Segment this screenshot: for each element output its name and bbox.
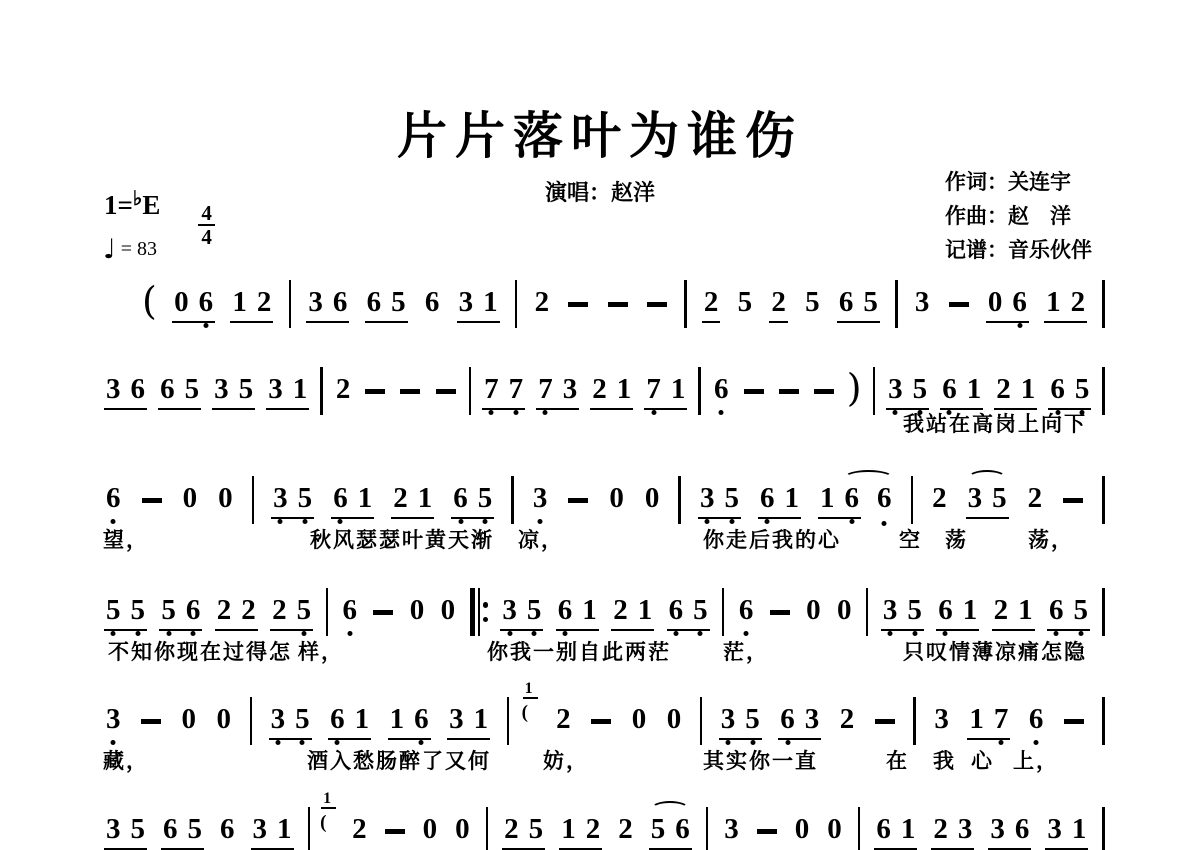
barline (515, 280, 518, 328)
note: 6 (330, 704, 345, 735)
note: 2 (241, 595, 256, 626)
dash-line (142, 498, 162, 503)
note-number: 1 (355, 703, 370, 735)
note: 6 (220, 814, 235, 845)
note-number: 2 (932, 482, 947, 514)
barline (469, 367, 472, 415)
dash-line (814, 389, 834, 394)
barline (511, 476, 514, 524)
note-number: 1 (358, 482, 373, 514)
note: 3 (214, 374, 229, 405)
note-number: 6 (425, 286, 440, 318)
note: 3 (268, 374, 283, 405)
note-group: 22 (215, 595, 258, 631)
dash-line (141, 719, 161, 724)
note: 1 (638, 595, 653, 626)
barline (250, 697, 253, 745)
note-number: 3 (934, 703, 949, 735)
note: 1 (785, 483, 800, 514)
 (483, 602, 489, 622)
note-group: 55 (104, 595, 147, 631)
note-group (383, 814, 407, 837)
note-number: 1 (561, 813, 576, 845)
note (770, 595, 790, 615)
note-number: 6 (131, 373, 146, 405)
note: 3 (700, 483, 715, 514)
repeat-start-barline (470, 588, 489, 636)
note: 1 (355, 704, 370, 735)
note-group: 0 (793, 814, 812, 848)
lyric: 上， (1013, 745, 1059, 775)
sheet-music-page: 片片落叶为谁伤 演唱：赵洋 作词：关连宇 作曲：赵 洋 记谱：音乐伙伴 1=♭E… (0, 0, 1200, 850)
phrase-close-paren: ) (847, 370, 862, 406)
note (568, 483, 588, 503)
note-number: 3 (724, 813, 739, 845)
note-group: 06 (986, 287, 1029, 323)
barline (289, 280, 292, 328)
low-octave-dot-icon (698, 631, 703, 636)
note: 1 (1018, 595, 1033, 626)
note-group: 2 (334, 374, 353, 408)
note-number: 2 (933, 813, 948, 845)
lyric: 荡 (945, 524, 968, 554)
note: 1 (232, 287, 247, 318)
note: 5 (297, 595, 312, 626)
dash-line (608, 302, 628, 307)
note-group: 65 (1047, 595, 1090, 631)
music-line-6: 35656311(200251225630061233631 (104, 814, 1105, 850)
note: 7 (484, 374, 499, 405)
phrase-open-paren: ( (142, 283, 157, 319)
note-group: 3 (722, 814, 741, 848)
note-group: 0 (421, 814, 440, 848)
note: 0 (632, 704, 647, 735)
note (365, 374, 385, 394)
note-number: 1 (617, 373, 632, 405)
note-number: 5 (188, 813, 203, 845)
note: 5 (1073, 595, 1088, 626)
note: 6 (453, 483, 468, 514)
note-number: 6 (1049, 594, 1064, 626)
note-group: 0 (665, 704, 684, 738)
note: 1 (901, 814, 916, 845)
song-title: 片片落叶为谁伤 (0, 96, 1200, 168)
note: 2 (996, 374, 1011, 405)
note (373, 595, 393, 615)
note-number: 0 (837, 594, 852, 626)
note-group (947, 287, 971, 310)
note-group: 61 (758, 483, 801, 519)
note: 6 (1050, 374, 1065, 405)
note-number: 3 (308, 286, 323, 318)
note-number: 6 (760, 482, 775, 514)
dash-line (365, 389, 385, 394)
note-number: 5 (863, 286, 878, 318)
note: 1 (483, 287, 498, 318)
note-group (606, 287, 630, 310)
note-group: 35 (212, 374, 255, 410)
note-group: 0 (804, 595, 823, 629)
note-number: 5 (907, 594, 922, 626)
note: 6 (669, 595, 684, 626)
barline (1102, 807, 1105, 850)
note-number: 6 (1012, 286, 1027, 318)
lyric: 空 (899, 524, 922, 554)
note-group: 65 (837, 287, 880, 323)
note: 5 (298, 483, 313, 514)
note-number: 3 (253, 813, 268, 845)
note-group: 6 (1027, 704, 1046, 738)
barline (1102, 697, 1105, 745)
note: 0 (988, 287, 1003, 318)
note-number: 6 (186, 594, 201, 626)
note-number: 5 (724, 482, 739, 514)
note-group: 35 (719, 704, 762, 740)
note-number: 2 (352, 813, 367, 845)
note-number: 0 (632, 703, 647, 735)
note-group: 2 (702, 287, 721, 323)
note-number: 3 (271, 703, 286, 735)
note: 6 (760, 483, 775, 514)
note-number: 0 (645, 482, 660, 514)
note-number: 0 (218, 482, 233, 514)
dash-line (568, 498, 588, 503)
lyric: 心 (971, 745, 994, 775)
note-number: 0 (609, 482, 624, 514)
note-group: 0 (439, 595, 458, 629)
note: 1 (418, 483, 433, 514)
note: 3 (805, 704, 820, 735)
meter-numerator: 4 (198, 203, 215, 226)
low-octave-dot-icon (543, 410, 548, 415)
note-number: 2 (241, 594, 256, 626)
note (647, 287, 667, 307)
note-group: 0 (453, 814, 472, 848)
barline (706, 807, 709, 850)
note-number: 5 (913, 373, 928, 405)
low-octave-dot-icon (300, 740, 305, 745)
note-group: 0 (643, 483, 662, 517)
note-group (363, 374, 387, 397)
note: 2 (613, 595, 628, 626)
note: 1 (963, 595, 978, 626)
note: 3 (958, 814, 973, 845)
note-number: 1 (418, 482, 433, 514)
tempo-marking: ♩ = 83 (103, 234, 157, 265)
note: 0 (410, 595, 425, 626)
note-number: 6 (780, 703, 795, 735)
note (1063, 483, 1083, 503)
note-number: 5 (992, 482, 1007, 514)
music-line-3: 6003561216530035611662352 (104, 483, 1105, 519)
note: 0 (183, 483, 198, 514)
note-group: 2 (930, 483, 949, 517)
note: 7 (538, 374, 553, 405)
note-number: 7 (484, 373, 499, 405)
note: 0 (174, 287, 189, 318)
note-number: 6 (877, 482, 892, 514)
note-number: 2 (1071, 286, 1086, 318)
note-number: 0 (423, 813, 438, 845)
note: 6 (160, 374, 175, 405)
barline (252, 476, 255, 524)
low-octave-dot-icon (203, 323, 208, 328)
note: 0 (182, 704, 197, 735)
low-octave-dot-icon (651, 410, 656, 415)
dash-line (373, 610, 393, 615)
note-group (742, 374, 766, 397)
barline (895, 280, 898, 328)
note: 5 (239, 374, 254, 405)
note-number: 1 (474, 703, 489, 735)
note: 0 (441, 595, 456, 626)
note-number: 6 (330, 703, 345, 735)
barline (858, 807, 861, 850)
note: 5 (131, 814, 146, 845)
note-number: 5 (185, 373, 200, 405)
note-group: 6 (423, 287, 442, 321)
note: 2 (1028, 483, 1043, 514)
note: 2 (272, 595, 287, 626)
note-group: 35 (881, 595, 924, 631)
note-number: 1 (638, 594, 653, 626)
note-number: 3 (459, 286, 474, 318)
note (385, 814, 405, 834)
note-group: 35 (269, 704, 312, 740)
note-number: 6 (342, 594, 357, 626)
 (470, 588, 475, 636)
note-number: 6 (675, 813, 690, 845)
note-number: 5 (527, 594, 542, 626)
note: 6 (333, 483, 348, 514)
note-number: 2 (994, 594, 1009, 626)
note: 5 (185, 374, 200, 405)
note (141, 704, 161, 724)
note: 5 (106, 595, 121, 626)
barline (684, 280, 687, 328)
note-number: 2 (996, 373, 1011, 405)
low-octave-dot-icon (513, 410, 518, 415)
note: 7 (509, 374, 524, 405)
note-group: 6 (218, 814, 237, 848)
note: 2 (352, 814, 367, 845)
note: 5 (863, 287, 878, 318)
note: 0 (645, 483, 660, 514)
note-group: 21 (994, 374, 1037, 410)
note: 5 (295, 704, 310, 735)
note-number: 5 (297, 594, 312, 626)
note: 6 (1049, 595, 1064, 626)
note-number: 3 (1047, 813, 1062, 845)
note-number: 2 (217, 594, 232, 626)
note-group (589, 704, 613, 727)
note-group: 61 (328, 704, 371, 740)
note-number: 3 (990, 813, 1005, 845)
music-line-5: 300356116311(200356323176 (104, 704, 1105, 740)
barline (507, 697, 510, 745)
lyric: 样， (298, 636, 344, 666)
note: 1 (582, 595, 597, 626)
note-group: 35 (500, 595, 543, 631)
note-number: 1 (901, 813, 916, 845)
note-group: 5 (736, 287, 755, 321)
note-group (768, 595, 792, 618)
note-number: 6 (558, 594, 573, 626)
note-number: 5 (131, 813, 146, 845)
note-number: 0 (827, 813, 842, 845)
note: 6 (780, 704, 795, 735)
note-number: 3 (700, 482, 715, 514)
barline (913, 697, 916, 745)
note-number: 2 (556, 703, 571, 735)
note-number: 0 (441, 594, 456, 626)
note: 1 (1072, 814, 1087, 845)
note-group: 2 (1026, 483, 1045, 517)
note-number: 6 (876, 813, 891, 845)
note: 6 (186, 595, 201, 626)
lyric: 藏， (103, 745, 149, 775)
note-number: 7 (509, 373, 524, 405)
note: 6 (558, 595, 573, 626)
note: 6 (938, 595, 953, 626)
note-group: 2 (838, 704, 857, 738)
note-number: 2 (586, 813, 601, 845)
note-number: 1 (963, 594, 978, 626)
note-group (1062, 704, 1086, 727)
barline (698, 367, 701, 415)
note: 3 (449, 704, 464, 735)
note-number: 2 (535, 286, 550, 318)
note-group (566, 287, 590, 310)
note: 3 (883, 595, 898, 626)
note-group: 6 (104, 483, 123, 517)
note-number: 1 (1018, 594, 1033, 626)
note-number: 5 (745, 703, 760, 735)
note-number: 5 (106, 594, 121, 626)
note: 0 (609, 483, 624, 514)
note-number: 1 (820, 482, 835, 514)
 (478, 588, 480, 636)
note-group: 65 (158, 374, 201, 410)
volta-number: 1 (523, 681, 538, 699)
note-number: 3 (563, 373, 578, 405)
note: 2 (586, 814, 601, 845)
barline (1102, 367, 1105, 415)
low-octave-dot-icon (673, 631, 678, 636)
note-number: 6 (942, 373, 957, 405)
note-number: 3 (533, 482, 548, 514)
note-number: 6 (160, 373, 175, 405)
note-number: 0 (455, 813, 470, 845)
note-group: 0 (835, 595, 854, 629)
note: 3 (271, 704, 286, 735)
note-number: 1 (671, 373, 686, 405)
note-group: 65 (451, 483, 494, 519)
note-number: 5 (651, 813, 666, 845)
barline (308, 807, 311, 850)
low-octave-dot-icon (1017, 323, 1022, 328)
time-signature: 44 (198, 203, 215, 247)
note: 5 (651, 814, 666, 845)
note-group: 31 (251, 814, 294, 850)
note: 3 (990, 814, 1005, 845)
note-number: 7 (646, 373, 661, 405)
note: 2 (704, 287, 719, 318)
note: 6 (1015, 814, 1030, 845)
note: 2 (932, 483, 947, 514)
note-group: 35 (104, 814, 147, 850)
note: 3 (533, 483, 548, 514)
note-group: 71 (644, 374, 687, 410)
note-group: 31 (447, 704, 490, 740)
note-number: 1 (1072, 813, 1087, 845)
note: 5 (161, 595, 176, 626)
low-octave-dot-icon (882, 521, 887, 526)
note-number: 5 (239, 373, 254, 405)
note: 3 (563, 374, 578, 405)
note: 1 (293, 374, 308, 405)
note-number: 2 (704, 286, 719, 318)
quarter-note-icon: ♩ (103, 234, 116, 265)
note: 1 (390, 704, 405, 735)
low-octave-dot-icon (999, 740, 1004, 745)
note-group: 12 (230, 287, 273, 323)
note-number: 3 (888, 373, 903, 405)
barline (700, 697, 703, 745)
note: 6 (199, 287, 214, 318)
note-group: 0 (825, 814, 844, 848)
note-group: 56 (159, 595, 202, 631)
low-octave-dot-icon (302, 519, 307, 524)
note-group: 36 (104, 374, 147, 410)
note: 1 (358, 483, 373, 514)
note-number: 6 (453, 482, 468, 514)
note: 7 (646, 374, 661, 405)
note: 3 (968, 483, 983, 514)
note-group: 21 (992, 595, 1035, 631)
note-number: 6 (414, 703, 429, 735)
note-group (566, 483, 590, 506)
note-group: 61 (940, 374, 983, 410)
dash-line (591, 719, 611, 724)
note (1064, 704, 1084, 724)
note (436, 374, 456, 394)
note-number: 6 (845, 482, 860, 514)
note: 3 (1047, 814, 1062, 845)
dash-line (436, 389, 456, 394)
note: 3 (106, 704, 121, 735)
lyric: 在 (886, 745, 909, 775)
note: 0 (217, 704, 232, 735)
note-number: 6 (739, 594, 754, 626)
note-group (1061, 483, 1085, 506)
lyric: 妨， (543, 745, 589, 775)
low-octave-dot-icon (278, 519, 283, 524)
note-number: 1 (969, 703, 984, 735)
note: 7 (994, 704, 1009, 735)
note-group (371, 595, 395, 618)
note-group: 77 (482, 374, 525, 410)
low-octave-dot-icon (275, 740, 280, 745)
note: 2 (393, 483, 408, 514)
note-group: 0 (630, 704, 649, 738)
note-group: 6 (712, 374, 731, 408)
note-number: 2 (592, 373, 607, 405)
note-group: 73 (536, 374, 579, 410)
barline (326, 588, 329, 636)
note-group (755, 814, 779, 837)
lyric: 荡， (1028, 524, 1074, 554)
